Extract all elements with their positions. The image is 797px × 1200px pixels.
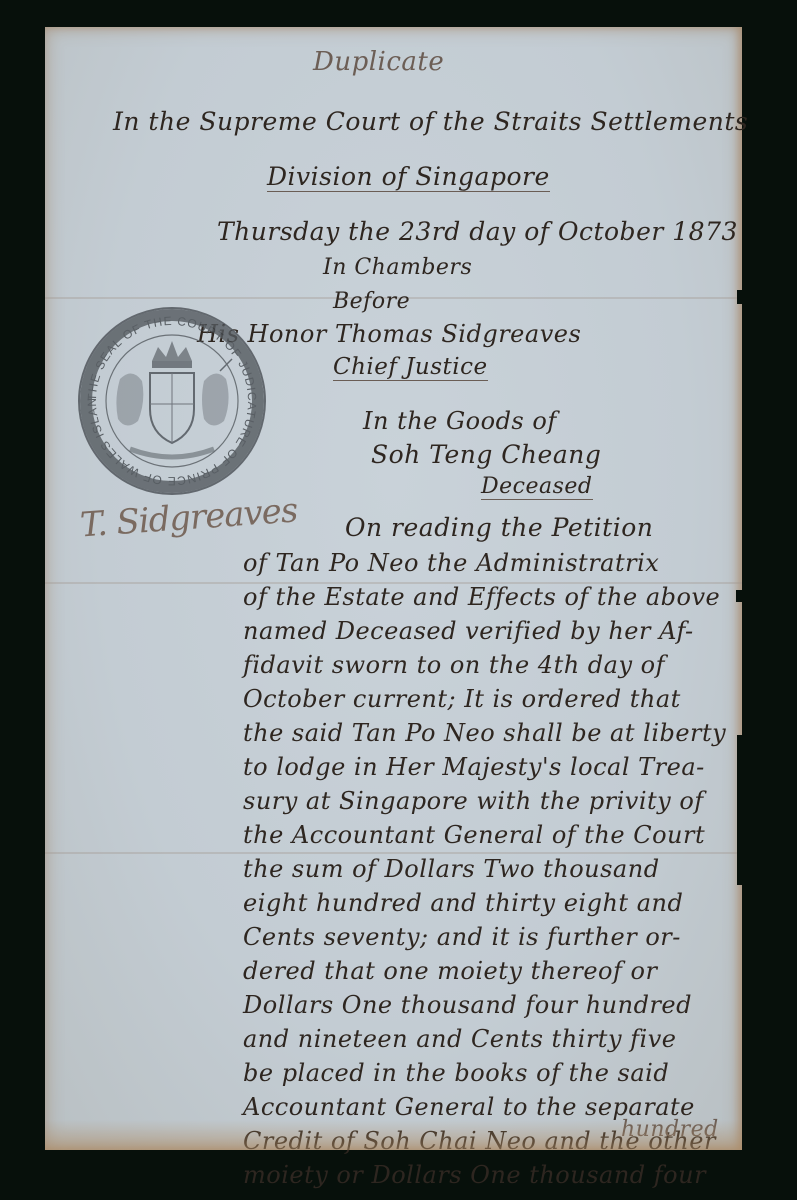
body-line: sury at Singapore with the privity of — [243, 787, 704, 815]
edge-tear — [737, 290, 745, 304]
edge-tear — [737, 735, 745, 885]
division-text: Division of Singapore — [267, 162, 550, 192]
body-line: of Tan Po Neo the Administratrix — [243, 549, 659, 577]
seal-emblem-icon: THE SEAL OF THE COURT OF JUDICATURE OF P… — [80, 309, 264, 493]
before-label: Before — [333, 289, 410, 314]
body-line: of the Estate and Effects of the above — [243, 583, 720, 611]
body-line: the Accountant General of the Court — [243, 821, 705, 849]
matter-line-2: Soh Teng Cheang — [371, 440, 601, 469]
date-line: Thursday the 23rd day of October 1873 — [217, 217, 738, 246]
document-page: Duplicate In the Supreme Court of the St… — [45, 27, 742, 1150]
body-line: the sum of Dollars Two thousand — [243, 855, 660, 883]
matter-line-1: In the Goods of — [363, 407, 557, 435]
venue: In Chambers — [323, 255, 472, 280]
body-line: Cents seventy; and it is further or- — [243, 923, 681, 951]
svg-text:THE SEAL OF THE COURT OF JUDIC: THE SEAL OF THE COURT OF JUDICATURE OF P… — [80, 309, 259, 488]
body-line: On reading the Petition — [345, 513, 653, 542]
judge-title-text: Chief Justice — [333, 354, 488, 381]
body-line: October current; It is ordered that — [243, 685, 681, 713]
division-name: Division of Singapore — [267, 162, 550, 191]
body-line: eight hundred and thirty eight and — [243, 889, 683, 917]
fold-line — [45, 852, 742, 854]
body-line: fidavit sworn to on the 4th day of — [243, 651, 665, 679]
body-line: and nineteen and Cents thirty five — [243, 1025, 676, 1053]
document-title: Duplicate — [313, 47, 444, 77]
deceased-text: Deceased — [481, 474, 593, 500]
catchword: hundred — [621, 1117, 719, 1142]
body-line: moiety or Dollars One thousand four — [243, 1161, 706, 1189]
seal-text: THE SEAL OF THE COURT OF JUDICATURE OF P… — [80, 309, 259, 488]
body-line: Credit of Soh Chai Neo and the other — [243, 1127, 716, 1155]
body-line: the said Tan Po Neo shall be at liberty — [243, 719, 726, 747]
body-line: named Deceased verified by her Af- — [243, 617, 694, 645]
court-seal: THE SEAL OF THE COURT OF JUDICATURE OF P… — [78, 307, 266, 495]
judge-title: Chief Justice — [333, 354, 488, 380]
edge-tear — [736, 590, 745, 602]
body-line: Dollars One thousand four hundred — [243, 991, 692, 1019]
body-line: to lodge in Her Majesty's local Trea- — [243, 753, 705, 781]
body-line: be placed in the books of the said — [243, 1059, 669, 1087]
matter-line-3: Deceased — [481, 474, 593, 499]
court-name: In the Supreme Court of the Straits Sett… — [113, 107, 748, 136]
body-line: dered that one moiety thereof or — [243, 957, 657, 985]
